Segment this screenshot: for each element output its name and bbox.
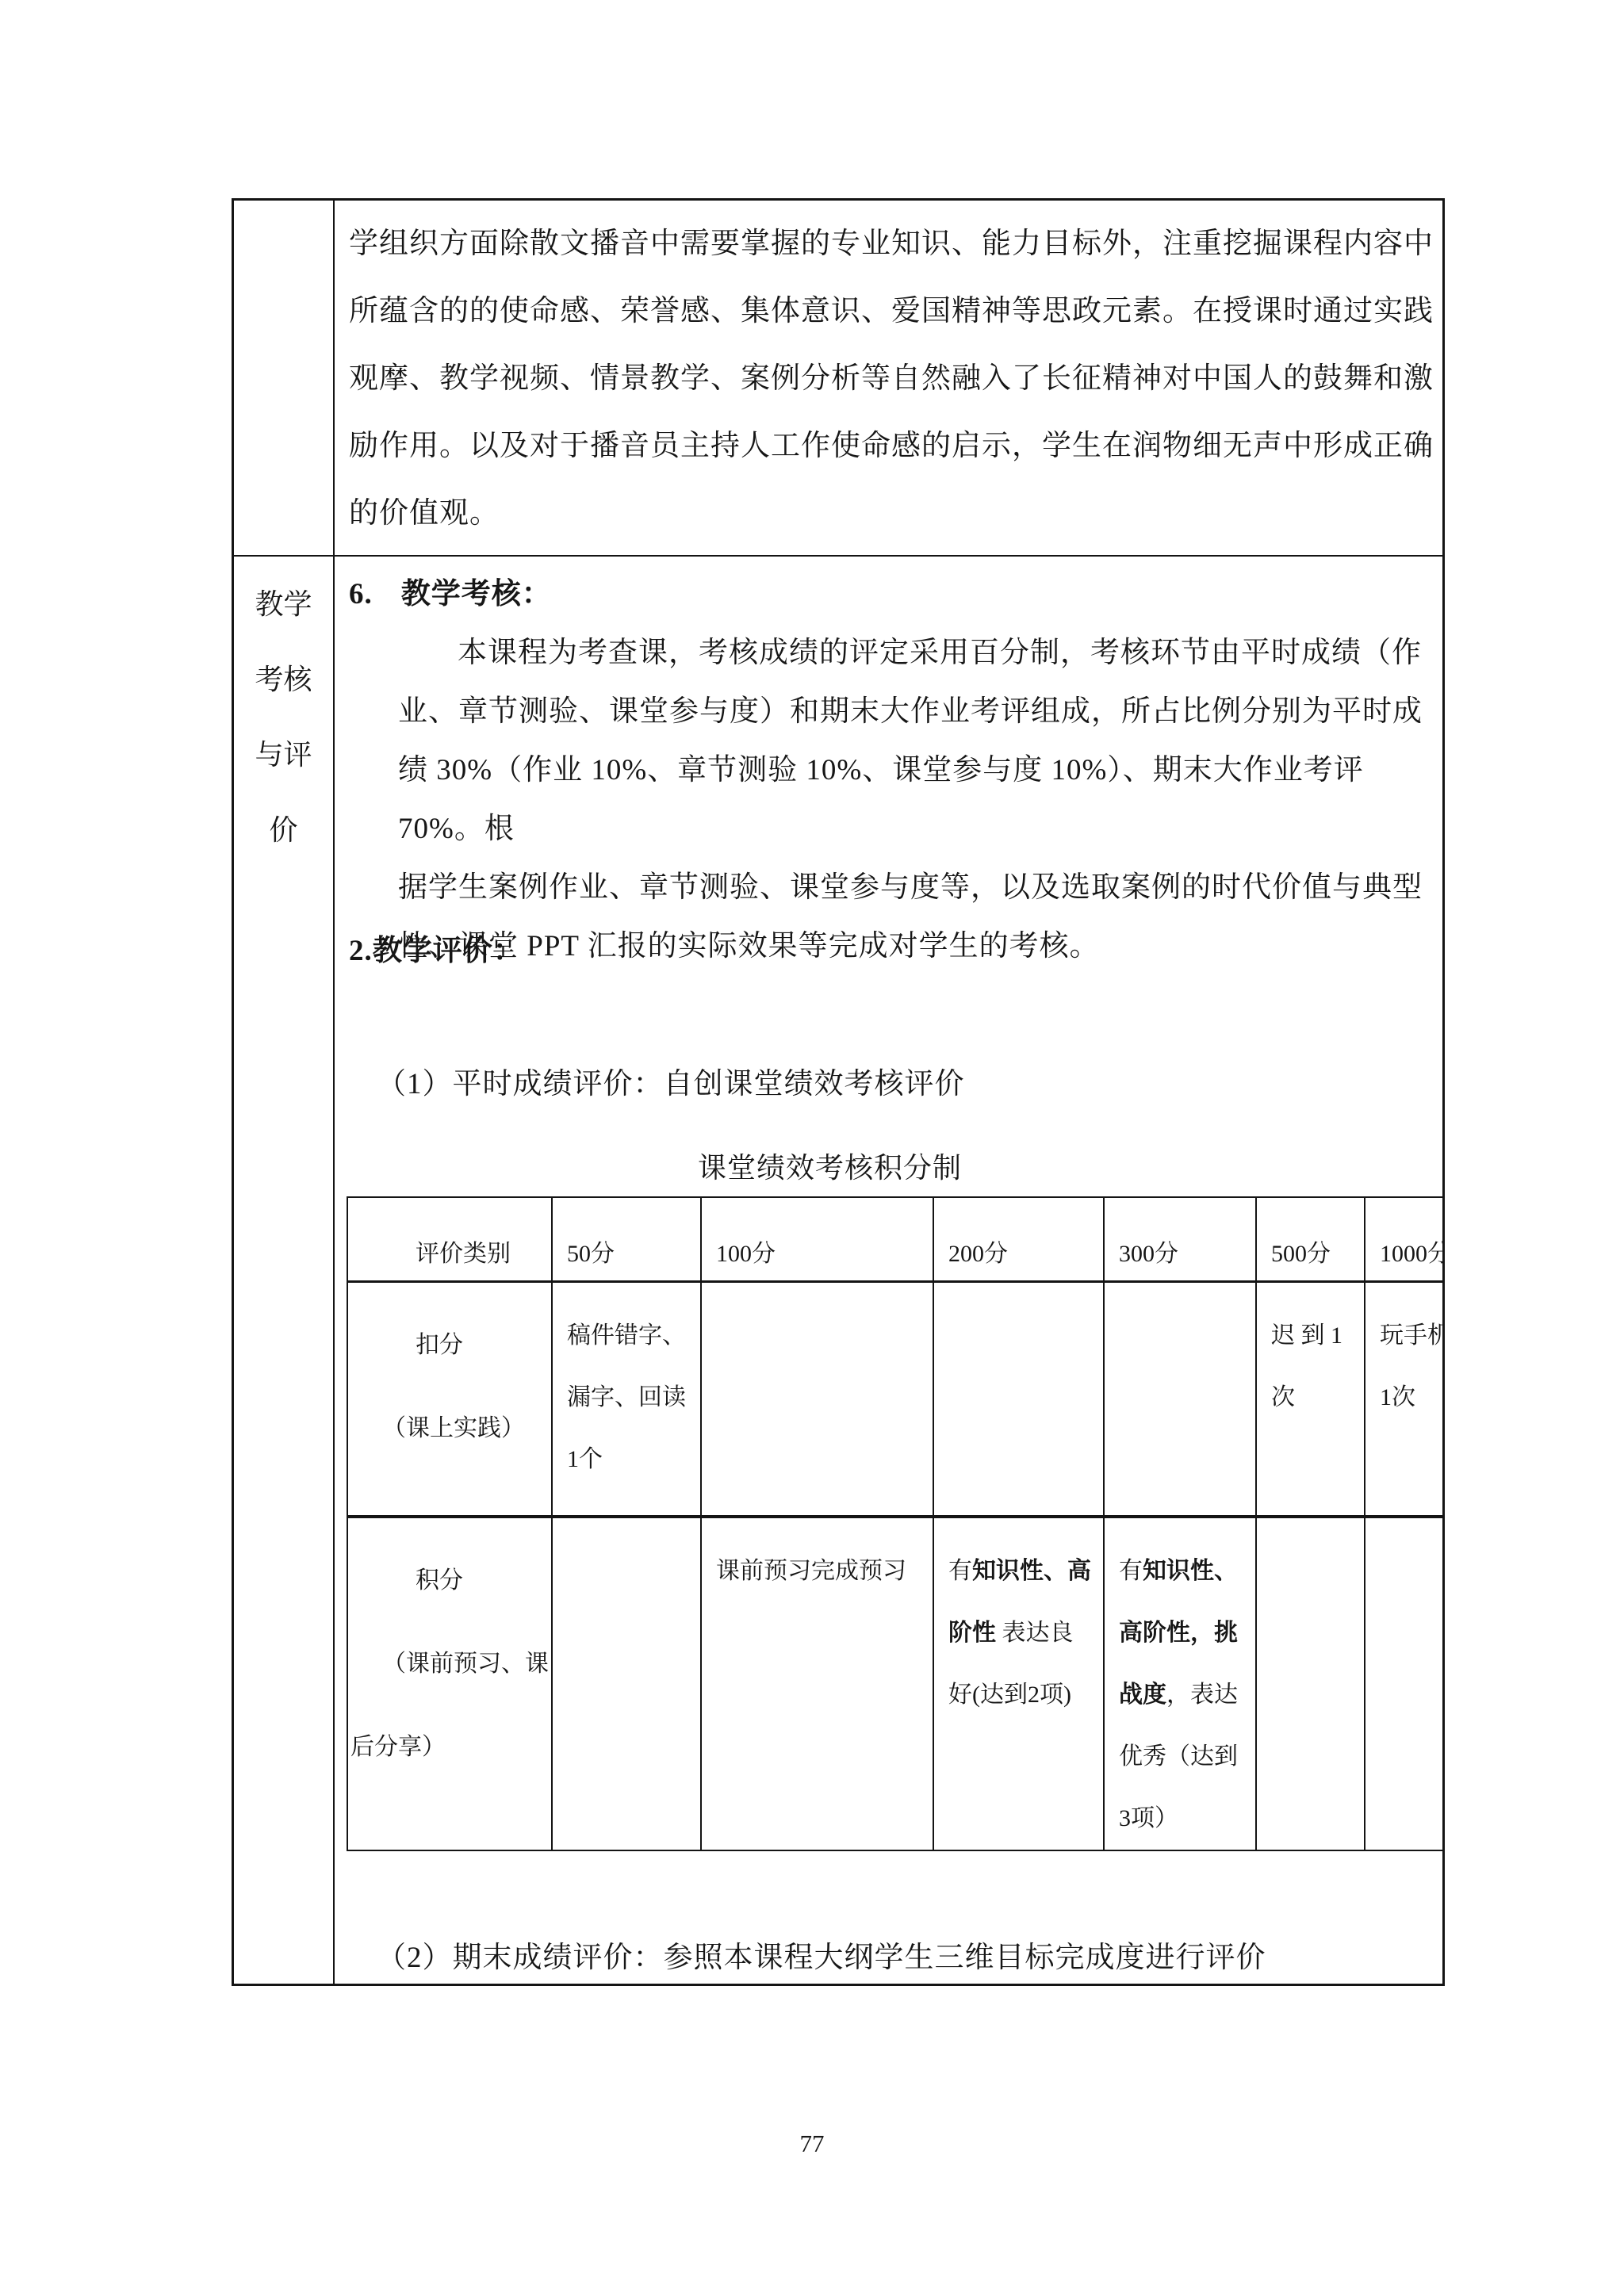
text-line: 有知识性、 xyxy=(1119,1540,1252,1602)
score-cell-text xyxy=(1257,1518,1364,1540)
score-cell-text: 迟 到 1次 xyxy=(1257,1283,1364,1429)
section-2-evaluation-heading: 2.教学评价： xyxy=(349,928,523,975)
text-line: 的价值观。 xyxy=(349,480,1437,547)
score-cell: 迟 到 1次 xyxy=(1256,1282,1365,1517)
text-line: 1个 xyxy=(567,1429,697,1490)
column-divider-line xyxy=(333,201,335,1984)
text-line: 1次 xyxy=(1380,1367,1445,1429)
section-6-heading: 6.教学考核： xyxy=(349,571,552,618)
text-line: 有知识性、高 xyxy=(948,1540,1100,1602)
score-cell-text: 玩手机1次 xyxy=(1365,1283,1445,1429)
score-cell-text: 课前预习完成预习 xyxy=(702,1518,933,1602)
text-line: 励作用。以及对于播音员主持人工作使命感的启示，学生在润物细无声中形成正确 xyxy=(349,412,1437,480)
text-segment: 表达良 xyxy=(996,1620,1074,1646)
header-cell: 1000分 xyxy=(1365,1197,1445,1282)
text-line: 积分 xyxy=(348,1539,548,1622)
header-cell: 100分 xyxy=(701,1197,933,1282)
text-line: 稿件错字、 xyxy=(567,1305,697,1367)
header-cell: 50分 xyxy=(552,1197,701,1282)
text-line: 课前预习完成预习 xyxy=(716,1540,929,1602)
row-label-text: 扣分（课上实践） xyxy=(348,1283,551,1470)
header-cell-text: 200分 xyxy=(934,1236,1103,1280)
score-cell xyxy=(1365,1517,1445,1850)
header-cell-text: 评价类别 xyxy=(348,1236,551,1280)
score-table-row: 积分（课前预习、课后分享）课前预习完成预习有知识性、高阶性 表达良好(达到2项)… xyxy=(347,1517,1445,1850)
text-line: 漏字、回读 xyxy=(567,1367,697,1429)
row-label-cell: 扣分（课上实践） xyxy=(347,1282,552,1517)
outer-table: 学组织方面除散文播音中需要掌握的专业知识、能力目标外，注重挖掘课程内容中所蕴含的… xyxy=(232,198,1445,1986)
score-table-wrapper: 评价类别50分100分200分300分500分1000分扣分（课上实践）稿件错字… xyxy=(347,1196,1445,1851)
text-line: 绩 30%（作业 10%、章节测验 10%、课堂参与度 10%）、期末大作业考评… xyxy=(398,741,1438,859)
text-line: 所蕴含的的使命感、荣誉感、集体意识、爱国精神等思政元素。在授课时通过实践 xyxy=(349,277,1437,345)
score-cell-text xyxy=(553,1518,700,1540)
score-cell xyxy=(1104,1282,1256,1517)
header-cell-text: 500分 xyxy=(1257,1236,1364,1280)
document-page: { "colors": {"text": "#161616", "border"… xyxy=(0,0,1624,2296)
page-number: 77 xyxy=(0,2130,1624,2158)
section-6-body: 本课程为考查课，考核成绩的评定采用百分制，考核环节由平时成绩（作业、章节测验、课… xyxy=(398,624,1438,976)
text-line: 3项） xyxy=(1119,1788,1252,1850)
score-cell xyxy=(933,1282,1104,1517)
header-cell-text: 1000分 xyxy=(1365,1236,1445,1280)
header-cell-text: 50分 xyxy=(553,1236,700,1280)
text-segment: ，表达 xyxy=(1166,1682,1238,1708)
classroom-performance-score-table: 评价类别50分100分200分300分500分1000分扣分（课上实践）稿件错字… xyxy=(347,1196,1445,1851)
text-segment: 有 xyxy=(1119,1558,1143,1584)
text-line: 迟 到 1 xyxy=(1271,1305,1361,1367)
score-cell-text xyxy=(1105,1283,1255,1305)
score-cell: 玩手机1次 xyxy=(1365,1282,1445,1517)
text-line: 考核 xyxy=(234,642,333,717)
text-segment: 优秀（达到 xyxy=(1119,1743,1238,1770)
text-segment: 知识性、高 xyxy=(972,1558,1091,1584)
text-line: 本课程为考查课，考核成绩的评定采用百分制，考核环节由平时成绩（作 xyxy=(398,624,1438,683)
text-line: 优秀（达到 xyxy=(1119,1726,1252,1788)
score-cell xyxy=(701,1282,933,1517)
text-line: 后分享） xyxy=(348,1705,548,1789)
text-line: 据学生案例作业、章节测验、课堂参与度等，以及选取案例的时代价值与典型 xyxy=(398,859,1438,917)
text-line: 战度，表达 xyxy=(1119,1664,1252,1726)
text-segment: 阶性 xyxy=(948,1620,996,1646)
section-number: 6. xyxy=(349,578,373,610)
text-line: 扣分 xyxy=(348,1303,548,1387)
header-cell: 500分 xyxy=(1256,1197,1365,1282)
text-line: （课上实践） xyxy=(348,1387,548,1470)
score-cell-text: 有知识性、高阶性，挑战度，表达优秀（达到3项） xyxy=(1105,1518,1255,1850)
text-line: （课前预习、课 xyxy=(348,1622,548,1705)
text-line: 价 xyxy=(234,793,333,868)
text-segment: 3项） xyxy=(1119,1805,1178,1831)
text-segment: 知识性、 xyxy=(1143,1558,1238,1584)
row-label-cell: 积分（课前预习、课后分享） xyxy=(347,1517,552,1850)
text-line: 次 xyxy=(1271,1367,1361,1429)
text-line: 教学 xyxy=(234,567,333,642)
text-segment: 高阶性，挑 xyxy=(1119,1620,1238,1646)
header-cell: 300分 xyxy=(1104,1197,1256,1282)
text-line: 阶性 表达良 xyxy=(948,1602,1100,1664)
score-cell-text: 稿件错字、漏字、回读1个 xyxy=(553,1283,700,1490)
text-line: 学组织方面除散文播音中需要掌握的专业知识、能力目标外，注重挖掘课程内容中 xyxy=(349,210,1437,277)
row-divider-line xyxy=(234,555,1442,557)
score-cell-text: 有知识性、高阶性 表达良好(达到2项) xyxy=(934,1518,1103,1726)
score-cell: 有知识性、高阶性，挑战度，表达优秀（达到3项） xyxy=(1104,1517,1256,1850)
course-ideology-paragraph: 学组织方面除散文播音中需要掌握的专业知识、能力目标外，注重挖掘课程内容中所蕴含的… xyxy=(349,210,1437,547)
text-line: 观摩、教学视频、情景教学、案例分析等自然融入了长征精神对中国人的鼓舞和激 xyxy=(349,345,1437,412)
text-line: 与评 xyxy=(234,717,333,793)
item-1-regular-grade-evaluation: （1）平时成绩评价：自创课堂绩效考核评价 xyxy=(377,1061,965,1108)
section-title: 教学考核： xyxy=(401,578,552,610)
score-cell xyxy=(552,1517,701,1850)
score-cell-text xyxy=(702,1283,933,1305)
score-table-caption: 课堂绩效考核积分制 xyxy=(698,1144,962,1192)
item-2-final-grade-evaluation: （2）期末成绩评价：参照本课程大纲学生三维目标完成度进行评价 xyxy=(377,1934,1266,1982)
text-line: 玩手机 xyxy=(1380,1305,1445,1367)
text-segment: 有 xyxy=(948,1558,972,1584)
score-cell: 稿件错字、漏字、回读1个 xyxy=(552,1282,701,1517)
text-line: 业、章节测验、课堂参与度）和期末大作业考评组成，所占比例分别为平时成 xyxy=(398,683,1438,741)
score-cell: 有知识性、高阶性 表达良好(达到2项) xyxy=(933,1517,1104,1850)
score-table-row: 扣分（课上实践）稿件错字、漏字、回读1个迟 到 1次玩手机1次 xyxy=(347,1282,1445,1517)
score-cell xyxy=(1256,1517,1365,1850)
row-label-text: 积分（课前预习、课后分享） xyxy=(348,1518,551,1789)
score-cell-text xyxy=(934,1283,1103,1305)
text-line: 好(达到2项) xyxy=(948,1664,1100,1726)
text-line: 性、课堂 PPT 汇报的实际效果等完成对学生的考核。 xyxy=(398,917,1438,976)
text-segment: 好(达到2项) xyxy=(948,1682,1071,1708)
header-cell: 评价类别 xyxy=(347,1197,552,1282)
header-cell-text: 100分 xyxy=(702,1236,933,1280)
score-table-header-row: 评价类别50分100分200分300分500分1000分 xyxy=(347,1197,1445,1282)
text-line: 高阶性，挑 xyxy=(1119,1602,1252,1664)
text-segment: 战度 xyxy=(1119,1682,1166,1708)
score-cell: 课前预习完成预习 xyxy=(701,1517,933,1850)
header-cell-text: 300分 xyxy=(1105,1236,1255,1280)
score-cell-text xyxy=(1365,1518,1445,1540)
row-header-teaching-assessment: 教学考核与评价 xyxy=(234,567,333,868)
header-cell: 200分 xyxy=(933,1197,1104,1282)
